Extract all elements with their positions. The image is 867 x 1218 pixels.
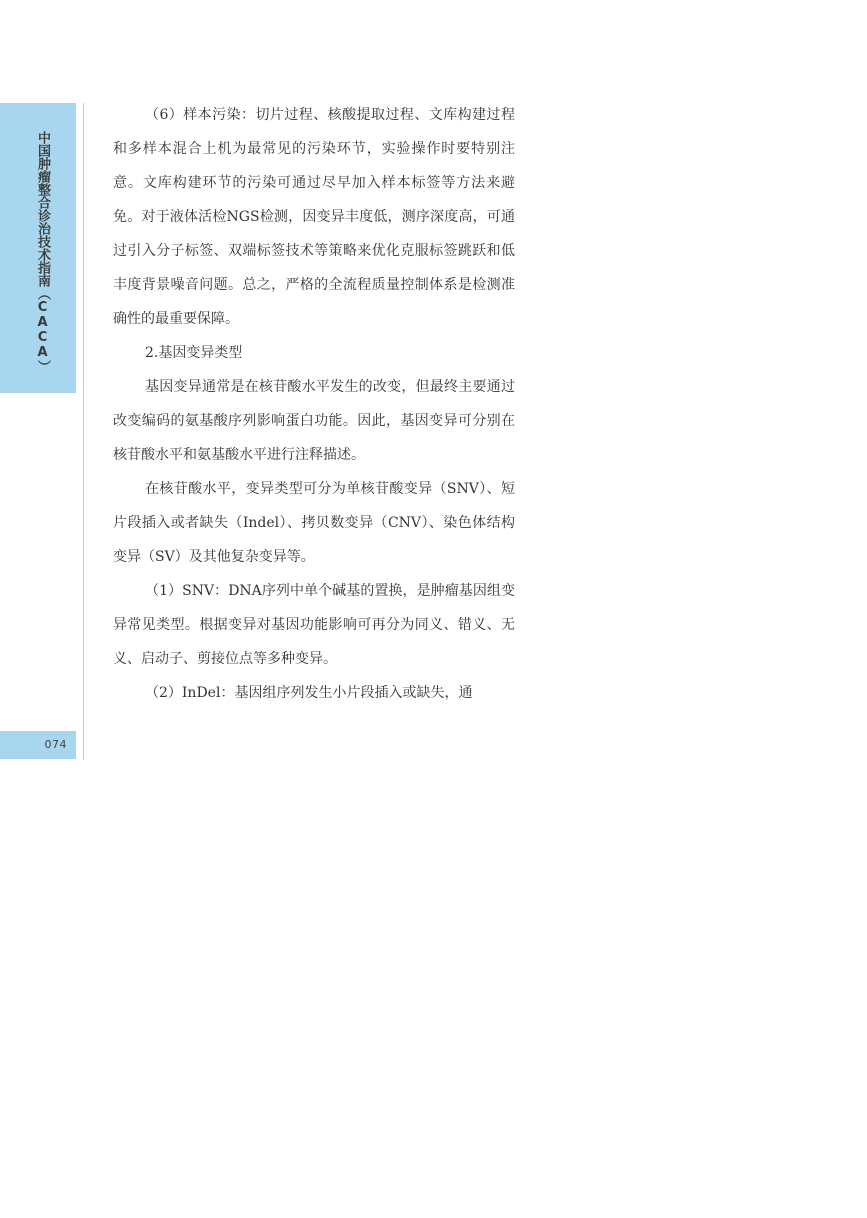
paragraph-variant-intro: 基因变异通常是在核苷酸水平发生的改变，但最终主要通过改变编码的氨基酸序列影响蛋白… — [113, 370, 515, 472]
section-heading-variant-types: 2.基因变异类型 — [113, 336, 515, 370]
body-text: （6）样本污染：切片过程、核酸提取过程、文库构建过程和多样本混合上机为最常见的污… — [113, 98, 515, 710]
paragraph-indel: （2）InDel：基因组序列发生小片段插入或缺失，通 — [113, 676, 515, 710]
paragraph-snv: （1）SNV：DNA序列中单个碱基的置换，是肿瘤基因组变异常见类型。根据变异对基… — [113, 574, 515, 676]
vertical-divider — [83, 103, 84, 760]
page-number: 074 — [45, 738, 68, 751]
paragraph-nucleotide-level: 在核苷酸水平，变异类型可分为单核苷酸变异（SNV）、短片段插入或者缺失（Inde… — [113, 472, 515, 574]
book-title: 中国肿瘤整合诊治技术指南（CACA） — [34, 131, 50, 373]
page-number-box: 074 — [0, 731, 76, 759]
paragraph-sample-contamination: （6）样本污染：切片过程、核酸提取过程、文库构建过程和多样本混合上机为最常见的污… — [113, 98, 515, 336]
side-tab: 中国肿瘤整合诊治技术指南（CACA） — [0, 103, 76, 393]
